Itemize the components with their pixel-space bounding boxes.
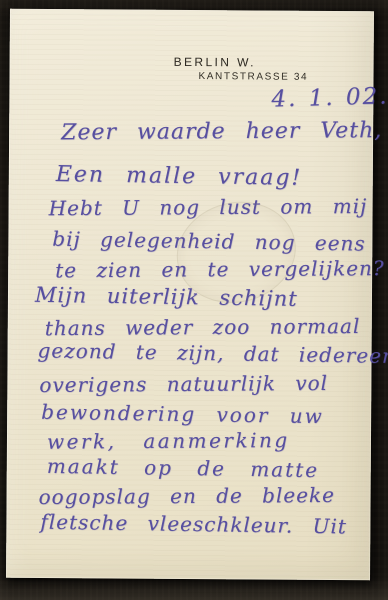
letterhead-city: BERLIN W.: [174, 55, 256, 70]
handwritten-line: bewondering voor uw: [41, 400, 324, 428]
handwritten-line: maakt op de matte: [47, 454, 320, 482]
handwritten-line: bij gelegenheid nog eens: [52, 227, 366, 256]
handwritten-line-salutation: Zeer waarde heer Veth,: [61, 118, 382, 145]
handwritten-line: gezond te zijn, dat iedereen,: [37, 338, 388, 368]
handwritten-line: thans weder zoo normaal: [45, 314, 361, 340]
handwritten-line: Hebt U nog lust om mij: [49, 194, 368, 220]
letterhead-street: KANTSTRASSE 34: [198, 71, 308, 83]
handwritten-date: 4. 1. 02.: [271, 83, 388, 112]
photo-mount-background: BERLIN W. KANTSTRASSE 34 4. 1. 02. Zeer …: [0, 0, 388, 600]
handwritten-line: Mijn uiterlijk schijnt: [35, 283, 298, 311]
handwritten-line: overigens natuurlijk vol: [39, 371, 328, 397]
letter-paper: BERLIN W. KANTSTRASSE 34 4. 1. 02. Zeer …: [6, 9, 374, 581]
handwritten-line: Een malle vraag!: [56, 162, 303, 191]
handwritten-line: werk, aanmerking: [47, 428, 290, 454]
handwritten-line: te zien en te vergelijken?: [55, 256, 385, 282]
handwritten-line: fletsche vleeschkleur. Uit: [40, 510, 347, 539]
handwritten-line: oogopslag en de bleeke: [39, 483, 336, 509]
